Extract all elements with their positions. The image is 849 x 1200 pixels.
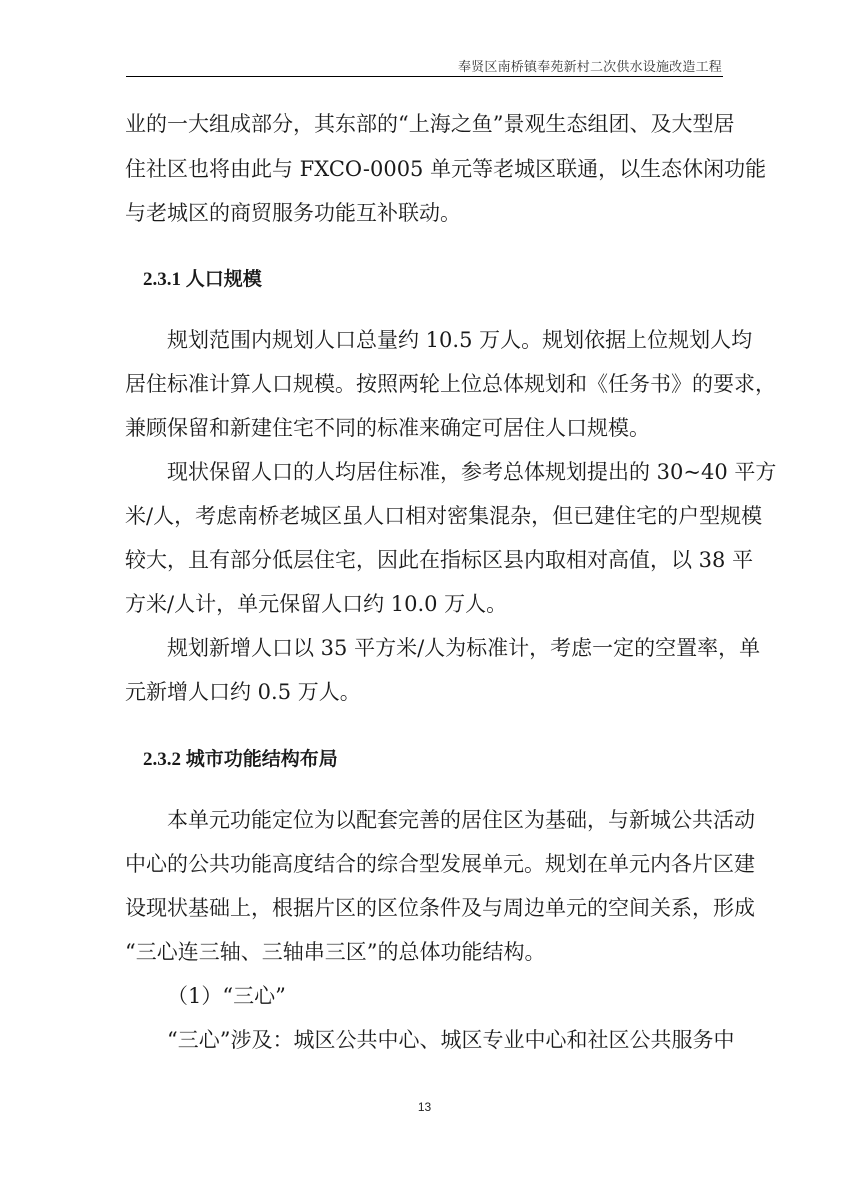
header-rule (126, 76, 723, 77)
text-line: 住社区也将由此与 FXCO-0005 单元等老城区联通，以生态休闲功能 (125, 155, 723, 183)
text-line: 业的一大组成部分，其东部的“上海之鱼”景观生态组团、及大型居 (125, 110, 723, 138)
text-line: 规划范围内规划人口总量约 10.5 万人。规划依据上位规划人均 (167, 326, 723, 354)
text-line: （1）“三心” (167, 982, 723, 1010)
text-line: 中心的公共功能高度结合的综合型发展单元。规划在单元内各片区建 (125, 850, 723, 878)
text-line: 与老城区的商贸服务功能互补联动。 (125, 199, 723, 227)
section-heading-2-3-2: 2.3.2 城市功能结构布局 (143, 744, 338, 771)
text-line: 设现状基础上，根据片区的区位条件及与周边单元的空间关系，形成 (125, 894, 723, 922)
page-number: 13 (0, 1100, 849, 1114)
text-line: 规划新增人口以 35 平方米/人为标准计，考虑一定的空置率，单 (167, 634, 723, 662)
text-line: 较大，且有部分低层住宅，因此在指标区县内取相对高值，以 38 平 (125, 546, 723, 574)
text-line: 兼顾保留和新建住宅不同的标准来确定可居住人口规模。 (125, 414, 723, 442)
text-line: 本单元功能定位为以配套完善的居住区为基础，与新城公共活动 (167, 806, 723, 834)
section-heading-2-3-1: 2.3.1 人口规模 (143, 264, 262, 291)
text-line: 元新增人口约 0.5 万人。 (125, 678, 723, 706)
header-title: 奉贤区南桥镇奉苑新村二次供水设施改造工程 (458, 56, 722, 75)
text-line: 方米/人计，单元保留人口约 10.0 万人。 (125, 590, 723, 618)
text-line: 现状保留人口的人均居住标准，参考总体规划提出的 30~40 平方 (167, 458, 723, 486)
text-line: “三心连三轴、三轴串三区”的总体功能结构。 (125, 938, 723, 966)
text-line: 米/人，考虑南桥老城区虽人口相对密集混杂，但已建住宅的户型规模 (125, 502, 723, 530)
text-line: “三心”涉及：城区公共中心、城区专业中心和社区公共服务中 (167, 1026, 723, 1054)
text-line: 居住标准计算人口规模。按照两轮上位总体规划和《任务书》的要求， (125, 370, 723, 398)
